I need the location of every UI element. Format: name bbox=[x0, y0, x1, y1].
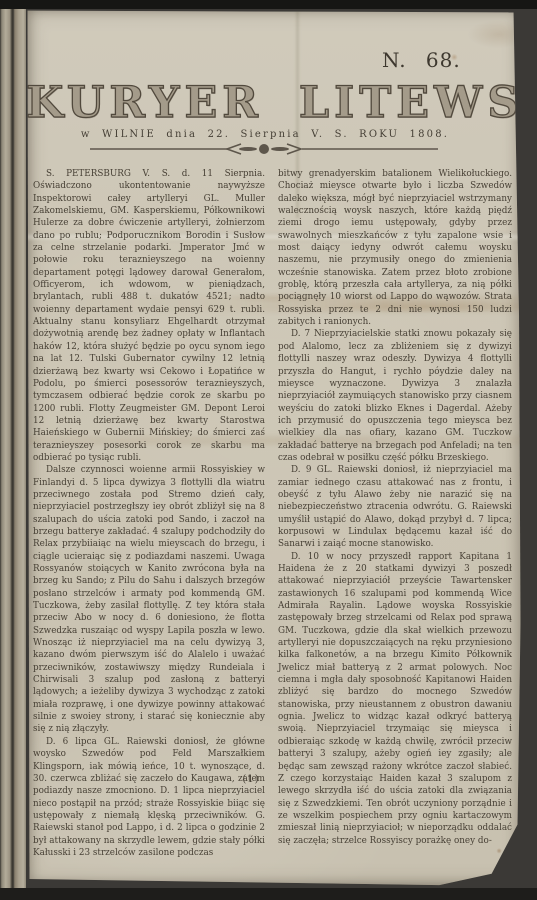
newspaper-scan: N. 68. KURYER LITEWSKI w WILNIE dnia 22.… bbox=[0, 0, 537, 900]
adjacent-page-edge bbox=[0, 6, 26, 888]
paragraph: D. 6 lipca GL. Raiewski doniosł, że głów… bbox=[33, 736, 265, 859]
issue-number: N. 68. bbox=[382, 48, 461, 72]
paragraph: Dalsze czynnosci woienne armii Rossyiski… bbox=[33, 464, 265, 736]
paragraph: D. 10 w nocy przyszedł rapport Kapitana … bbox=[278, 551, 512, 847]
page-number: (1) bbox=[231, 774, 271, 785]
newspaper-page: N. 68. KURYER LITEWSKI w WILNIE dnia 22.… bbox=[26, 8, 524, 886]
paragraph: D. 7 Nieprzyiacielskie statki znowu poka… bbox=[278, 328, 512, 464]
paragraph: S. PETERSBURG V. S. d. 11 Sierpnia. Oświ… bbox=[33, 168, 265, 464]
scanner-background-bottom bbox=[0, 888, 537, 900]
divider-ornament bbox=[88, 142, 440, 156]
article-body: S. PETERSBURG V. S. d. 11 Sierpnia. Oświ… bbox=[33, 168, 512, 859]
scanner-background-top bbox=[0, 0, 537, 9]
left-column: S. PETERSBURG V. S. d. 11 Sierpnia. Oświ… bbox=[33, 168, 265, 859]
paragraph: bitwy grenadyerskim batalionem Wielikołu… bbox=[278, 168, 512, 328]
dateline: w WILNIE dnia 22. Sierpnia V. S. ROKU 18… bbox=[26, 129, 504, 140]
paragraph: D. 9 GL. Raiewski doniosł, iż nieprzyiac… bbox=[278, 464, 512, 550]
right-column: bitwy grenadyerskim batalionem Wielikołu… bbox=[278, 168, 512, 859]
newspaper-title: KURYER LITEWSKI bbox=[26, 78, 504, 128]
